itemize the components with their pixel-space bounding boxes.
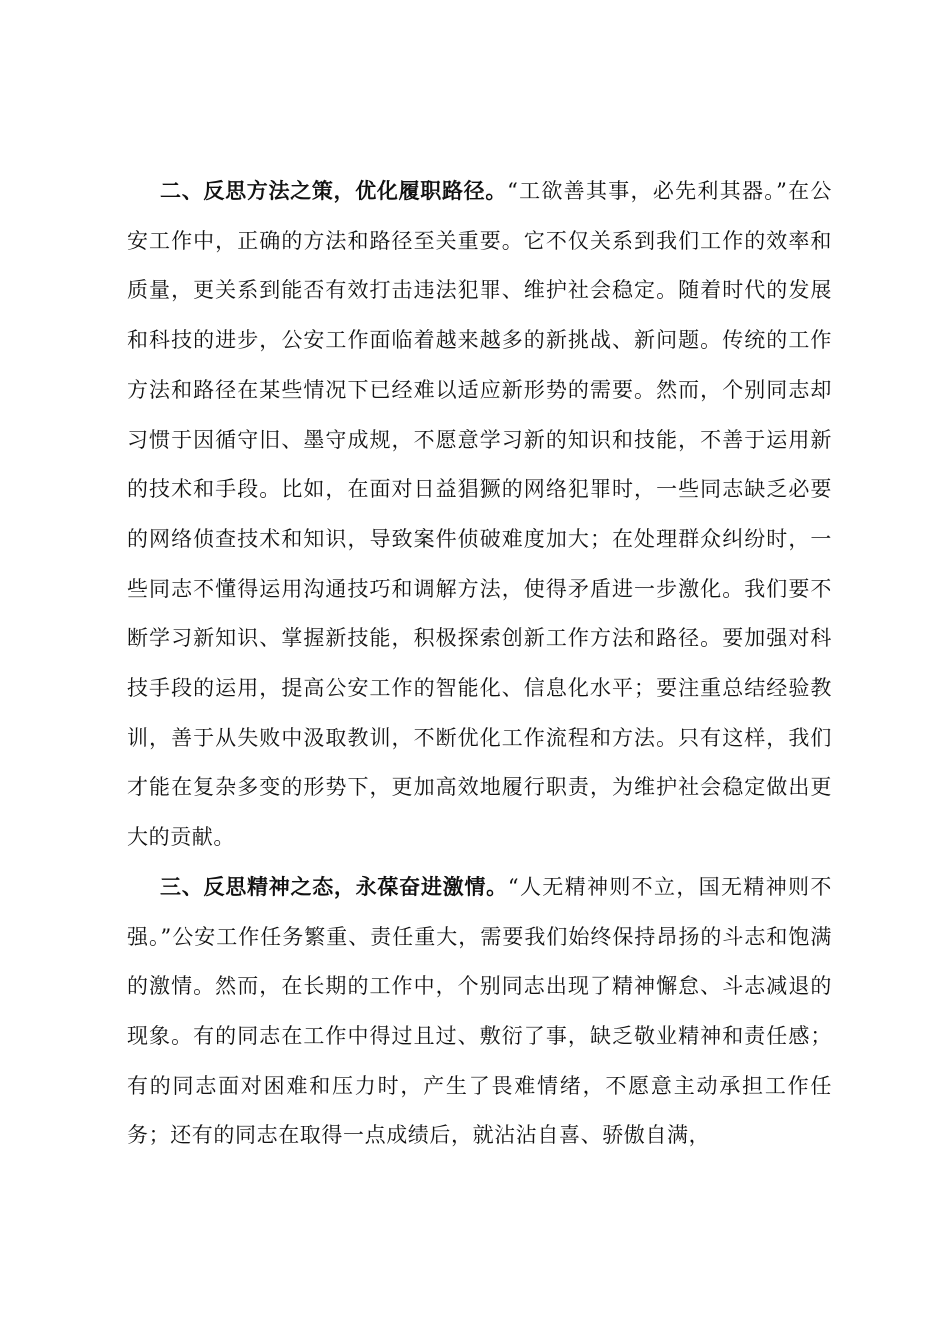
section-body-3: “人无精神则不立，国无精神则不强。”公安工作任务繁重、责任重大，需要我们始终保持…	[127, 875, 832, 1148]
paragraph-section-2: 二、反思方法之策，优化履职路径。“工欲善其事，必先利其器。”在公安工作中，正确的…	[127, 167, 832, 863]
paragraph-section-3: 三、反思精神之态，永葆奋进激情。“人无精神则不立，国无精神则不强。”公安工作任务…	[127, 863, 832, 1161]
section-heading-2: 二、反思方法之策，优化履职路径。	[160, 179, 507, 203]
document-page: 二、反思方法之策，优化履职路径。“工欲善其事，必先利其器。”在公安工作中，正确的…	[127, 167, 832, 1161]
section-heading-3: 三、反思精神之态，永葆奋进激情。	[160, 875, 508, 899]
section-body-2: “工欲善其事，必先利其器。”在公安工作中，正确的方法和路径至关重要。它不仅关系到…	[127, 179, 832, 849]
